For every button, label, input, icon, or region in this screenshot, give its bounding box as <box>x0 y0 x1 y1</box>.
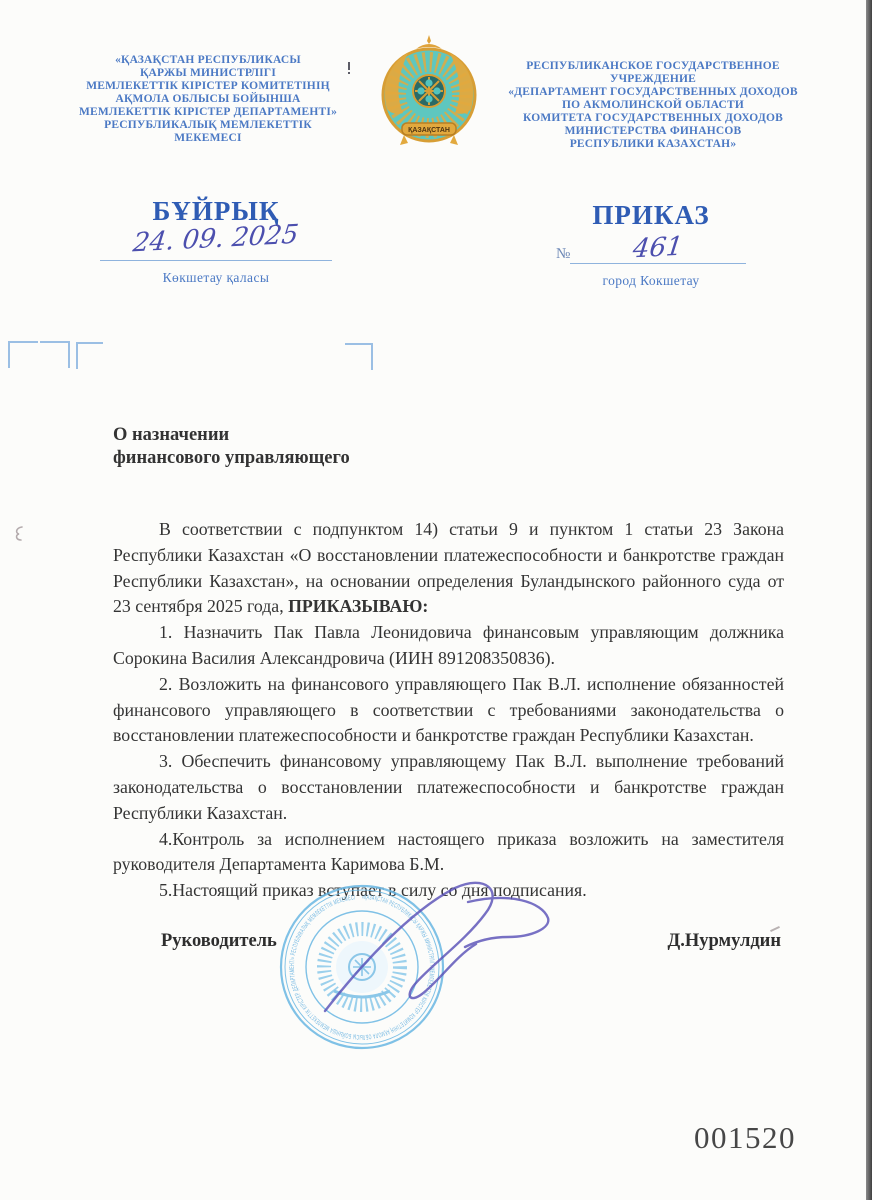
date-field: 24. 09. 2025 <box>100 224 332 261</box>
scan-artifact <box>348 72 350 74</box>
order-body: В соответствии с подпунктом 14) статьи 9… <box>113 517 784 904</box>
org-line: РЕСПУБЛИКАЛЫҚ МЕМЛЕКЕТТІК <box>56 119 360 132</box>
signer-role: Руководитель <box>161 931 277 952</box>
org-line: МЕМЛЕКЕТТІК КІРІСТЕР ДЕПАРТАМЕНТІ» <box>56 106 360 119</box>
org-line: «ҚАЗАҚСТАН РЕСПУБЛИКАСЫ <box>56 54 360 67</box>
number-sign: № <box>556 246 570 264</box>
org-line: УЧРЕЖДЕНИЕ <box>486 73 820 86</box>
order-block-russian: ПРИКАЗ № 461 город Кокшетау <box>556 200 746 289</box>
number-line: 461 <box>570 233 746 264</box>
org-line: КОМИТЕТА ГОСУДАРСТВЕННЫХ ДОХОДОВ <box>486 112 820 125</box>
org-line: РЕСПУБЛИКИ КАЗАХСТАН» <box>486 138 820 151</box>
body-item-1: 1. Назначить Пак Павла Леонидовича финан… <box>113 620 784 672</box>
order-subject: О назначении финансового управляющего <box>113 424 350 470</box>
city-kazakh: Көкшетау қаласы <box>100 270 332 286</box>
intro-text: В соответствии с подпунктом 14) статьи 9… <box>113 519 784 616</box>
signer-name: Д.Нурмулдин <box>668 931 781 952</box>
emblem-banner-label: ҚАЗАҚСТАН <box>408 127 450 134</box>
org-line: АҚМОЛА ОБЛЫСЫ БОЙЫНША <box>56 93 360 106</box>
order-title-russian: ПРИКАЗ <box>556 200 746 231</box>
org-line: РЕСПУБЛИКАНСКОЕ ГОСУДАРСТВЕННОЕ <box>486 60 820 73</box>
body-item-2: 2. Возложить на финансового управляющего… <box>113 672 784 749</box>
org-name-russian: РЕСПУБЛИКАНСКОЕ ГОСУДАРСТВЕННОЕ УЧРЕЖДЕН… <box>486 60 820 151</box>
body-paragraph-intro: В соответствии с подпунктом 14) статьи 9… <box>113 517 784 620</box>
org-line: ПО АКМОЛИНСКОЙ ОБЛАСТИ <box>486 99 820 112</box>
corner-mark <box>40 341 70 368</box>
corner-mark <box>76 342 103 369</box>
city-russian: город Кокшетау <box>556 273 746 289</box>
org-line: «ДЕПАРТАМЕНТ ГОСУДАРСТВЕННЫХ ДОХОДОВ <box>486 86 820 99</box>
kazakhstan-emblem-icon: ҚАЗАҚСТАН <box>378 35 480 149</box>
intro-keyword: ПРИКАЗЫВАЮ: <box>288 596 428 616</box>
body-item-3: 3. Обеспечить финансовому управляющему П… <box>113 749 784 826</box>
scan-artifact <box>348 62 350 70</box>
org-line: МИНИСТЕРСТВА ФИНАНСОВ <box>486 125 820 138</box>
order-block-kazakh: БҰЙРЫҚ 24. 09. 2025 Көкшетау қаласы <box>100 196 332 286</box>
org-name-kazakh: «ҚАЗАҚСТАН РЕСПУБЛИКАСЫ ҚАРЖЫ МИНИСТРЛІГ… <box>56 54 360 145</box>
corner-mark <box>345 343 373 370</box>
org-line: МЕМЛЕКЕТТІК КІРІСТЕР КОМИТЕТІНІҢ <box>56 80 360 93</box>
form-serial-number: 001520 <box>694 1120 796 1156</box>
scanned-order-page: «ҚАЗАҚСТАН РЕСПУБЛИКАСЫ ҚАРЖЫ МИНИСТРЛІГ… <box>0 0 872 1200</box>
handwritten-number: 461 <box>632 232 685 265</box>
subject-line: финансового управляющего <box>113 447 350 470</box>
subject-line: О назначении <box>113 424 350 447</box>
scan-artifact <box>10 524 28 544</box>
pen-signature <box>280 856 570 1026</box>
scanner-edge-shadow <box>866 0 872 1200</box>
handwritten-date: 24. 09. 2025 <box>132 220 301 259</box>
org-line: МЕКЕМЕСІ <box>56 132 360 145</box>
order-number-field: № 461 <box>556 229 746 264</box>
org-line: ҚАРЖЫ МИНИСТРЛІГІ <box>56 67 360 80</box>
corner-mark <box>8 341 38 368</box>
